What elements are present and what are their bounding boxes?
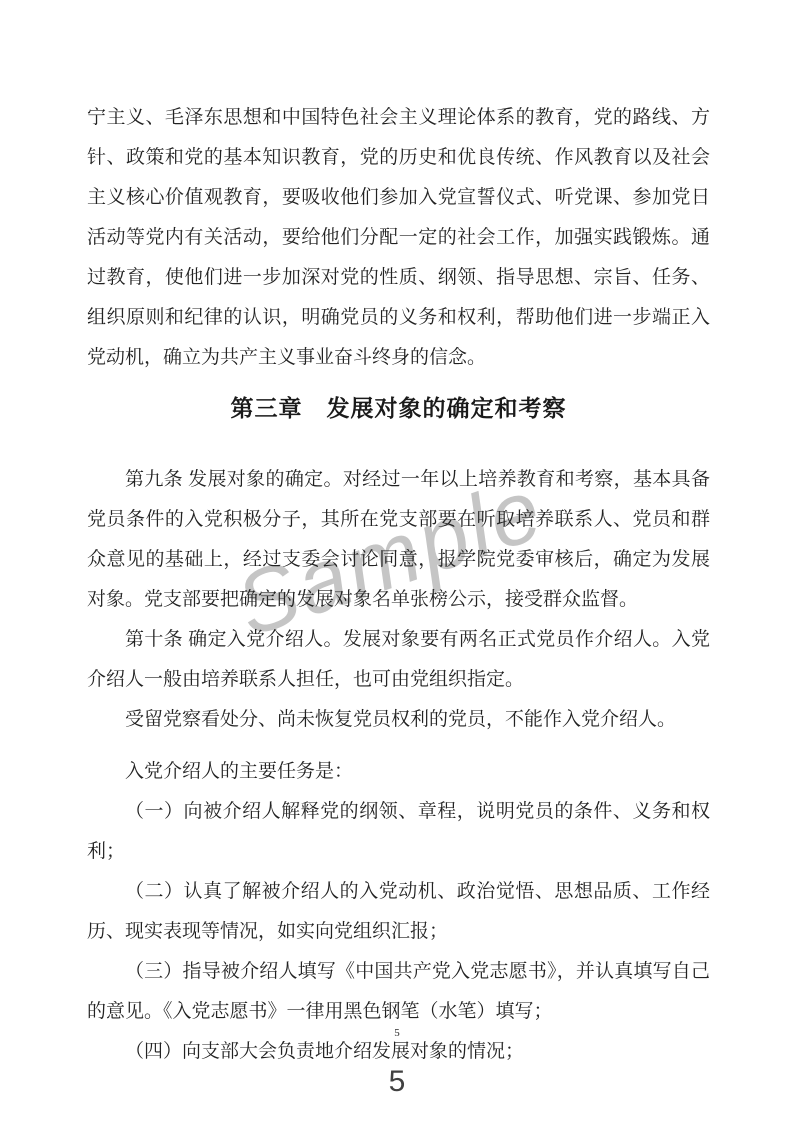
- body-paragraph-restriction: 受留党察看处分、尚未恢复党员权利的党员，不能作入党介绍人。: [87, 700, 710, 740]
- body-paragraph-task-3: （三）指导被介绍人填写《中国共产党入党志愿书》，并认真填写自己的意见。《入党志愿…: [87, 952, 710, 1032]
- inline-footer-page-number: 5: [0, 1026, 794, 1040]
- chapter-heading: 第三章 发展对象的确定和考察: [87, 392, 710, 424]
- body-paragraph-continuation: 宁主义、毛泽东思想和中国特色社会主义理论体系的教育，党的路线、方针、政策和党的基…: [87, 98, 710, 378]
- body-paragraph-article-9: 第九条 发展对象的确定。对经过一年以上培养教育和考察，基本具备党员条件的入党积极…: [87, 460, 710, 620]
- document-body: 宁主义、毛泽东思想和中国特色社会主义理论体系的教育，党的路线、方针、政策和党的基…: [87, 98, 710, 1072]
- document-page: Sample 宁主义、毛泽东思想和中国特色社会主义理论体系的教育，党的路线、方针…: [0, 0, 794, 1122]
- body-paragraph-article-10: 第十条 确定入党介绍人。发展对象要有两名正式党员作介绍人。入党介绍人一般由培养联…: [87, 620, 710, 700]
- body-paragraph-tasks-label: 入党介绍人的主要任务是：: [87, 752, 710, 792]
- page-number: 5: [0, 1064, 794, 1100]
- body-paragraph-task-1: （一）向被介绍人解释党的纲领、章程，说明党员的条件、义务和权利；: [87, 792, 710, 872]
- body-paragraph-task-2: （二）认真了解被介绍人的入党动机、政治觉悟、思想品质、工作经历、现实表现等情况，…: [87, 872, 710, 952]
